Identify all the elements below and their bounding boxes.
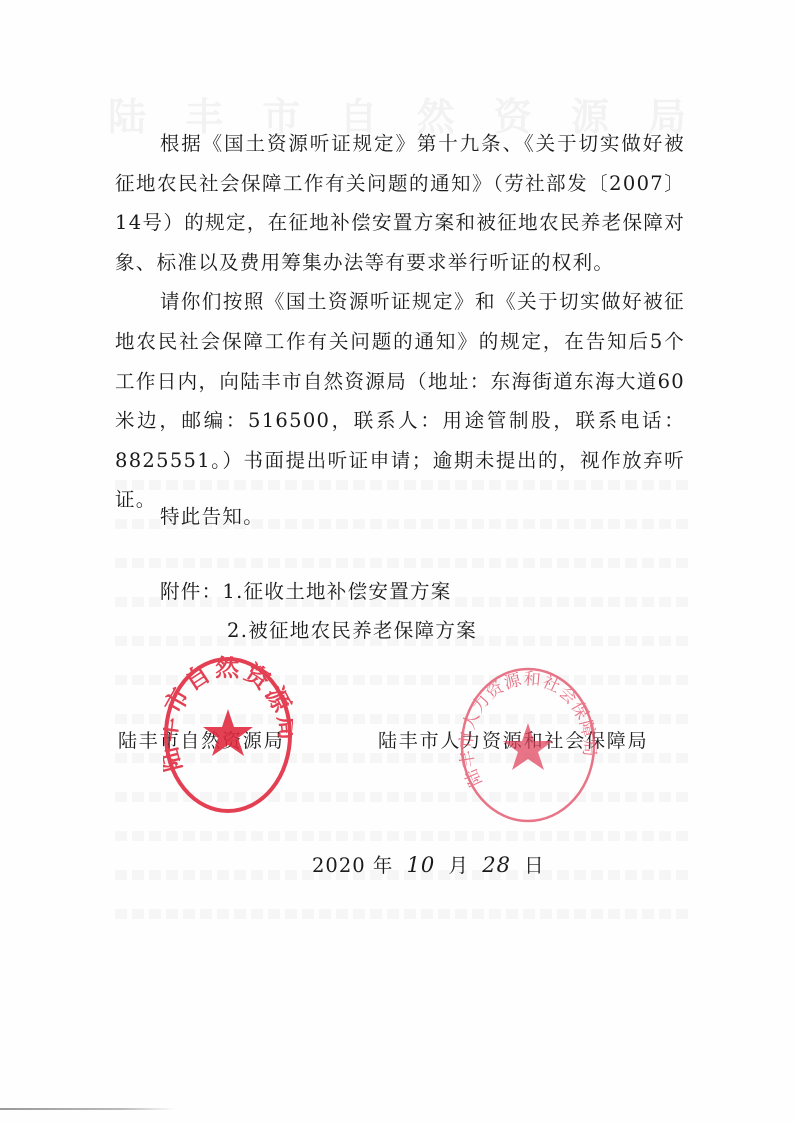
date-month-handwritten: 10 [401,853,442,877]
attachment-item: 2.被征地农民养老保障方案 [160,611,477,650]
date-year: 2020 [312,854,366,877]
attachment-item-text: 1.征收土地补偿安置方案 [222,580,451,603]
date-year-unit: 年 [373,854,394,877]
signatory-natural-resources-bureau: 陆丰市自然资源局 [118,726,284,753]
signatory-hr-social-security-bureau: 陆丰市人力资源和社会保障局 [378,726,648,753]
notice-body: 根据《国土资源听证规定》第十九条、《关于切实做好被征地农民社会保障工作有关问题的… [115,124,685,520]
date-month-unit: 月 [449,854,470,877]
paragraph-legal-basis: 根据《国土资源听证规定》第十九条、《关于切实做好被征地农民社会保障工作有关问题的… [115,124,685,282]
paragraph-hearing-request: 请你们按照《国土资源听证规定》和《关于切实做好被征地农民社会保障工作有关问题的通… [115,282,685,520]
scan-artifact-line [0,1108,175,1110]
attachment-item-text: 2.被征地农民养老保障方案 [227,619,477,642]
attachments-list: 附件：1.征收土地补偿安置方案 2.被征地农民养老保障方案 [160,572,477,650]
attachments-label: 附件： [160,580,222,603]
document-date: 2020 年 10 月 28 日 [312,850,545,878]
attachment-item: 附件：1.征收土地补偿安置方案 [160,572,477,611]
document-page: 陆 丰 市 自 然 资 源 局 根据《国土资源听证规定》第十九条、《关于切实做好… [0,0,795,1123]
date-day-handwritten: 28 [476,853,517,877]
date-day-unit: 日 [524,854,545,877]
closing-statement: 特此告知。 [160,497,264,536]
